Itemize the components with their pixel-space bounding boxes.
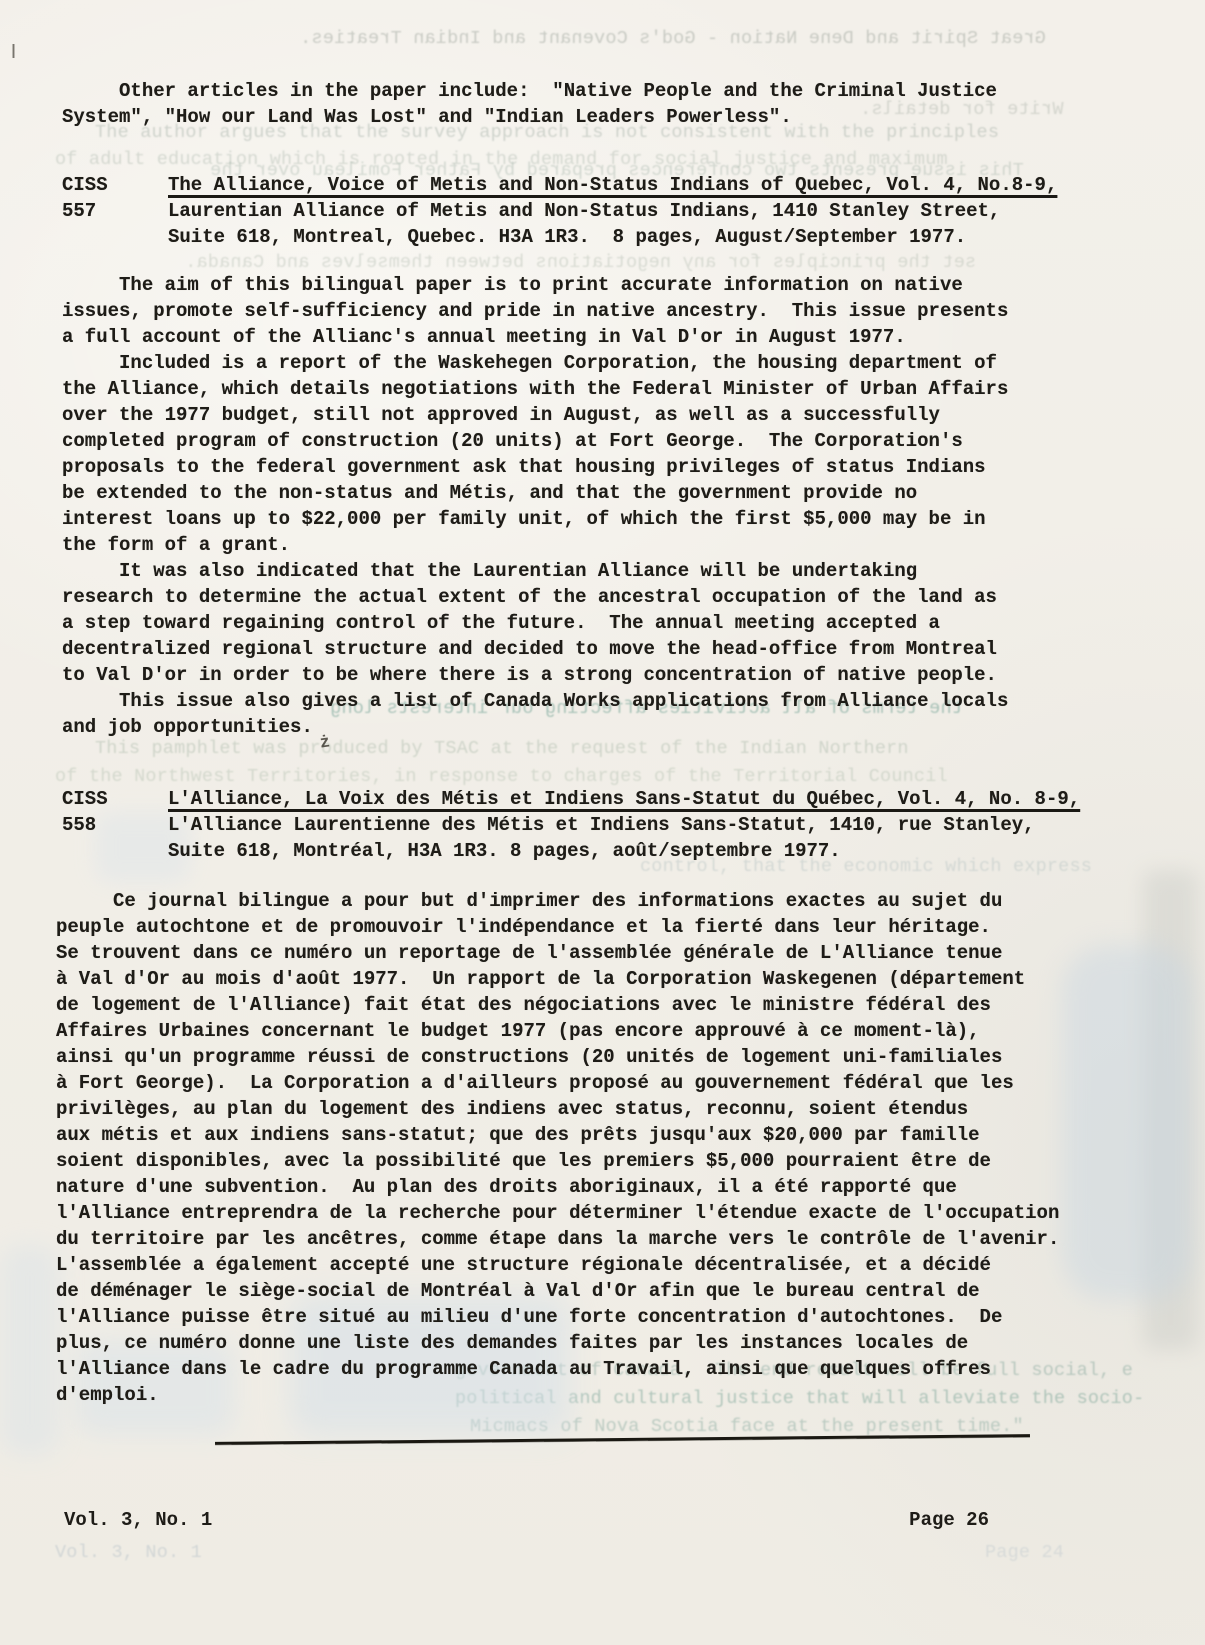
catalog-entry-558: CISS 558 L'Alliance, La Voix des Métis e… [62, 786, 1145, 864]
entry-557-details: Laurentian Alliance of Metis and Non-Sta… [168, 198, 1145, 250]
scanned-document-page: Great Spirit and Dene Nation - God's Cov… [0, 0, 1205, 1645]
english-summary-paragraphs: The aim of this bilingual paper is to pr… [62, 272, 1145, 740]
entry-558-title: L'Alliance, La Voix des Métis et Indiens… [168, 786, 1145, 812]
entry-558-body: L'Alliance, La Voix des Métis et Indiens… [168, 786, 1145, 864]
entry-557-body: The Alliance, Voice of Metis and Non-Sta… [168, 172, 1145, 250]
entry-558-label: CISS 558 [62, 786, 168, 864]
footer-volume: Vol. 3, No. 1 [64, 1507, 212, 1533]
entry-557-title: The Alliance, Voice of Metis and Non-Sta… [168, 172, 1145, 198]
catalog-entry-557: CISS 557 The Alliance, Voice of Metis an… [62, 172, 1145, 250]
french-summary-paragraph: Ce journal bilingue a pour but d'imprime… [56, 888, 1145, 1408]
intro-paragraph: Other articles in the paper include: "Na… [62, 78, 1145, 130]
footer-page-number: Page 26 [909, 1507, 989, 1533]
page-content: Other articles in the paper include: "Na… [0, 0, 1205, 1533]
bleedthrough-text: Page 24 [985, 1540, 1064, 1566]
bleedthrough-text: Vol. 3, No. 1 [55, 1540, 202, 1566]
entry-557-label: CISS 557 [62, 172, 168, 250]
page-footer: Vol. 3, No. 1 Page 26 [62, 1441, 1145, 1533]
entry-558-details: L'Alliance Laurentienne des Métis et Ind… [168, 812, 1145, 864]
